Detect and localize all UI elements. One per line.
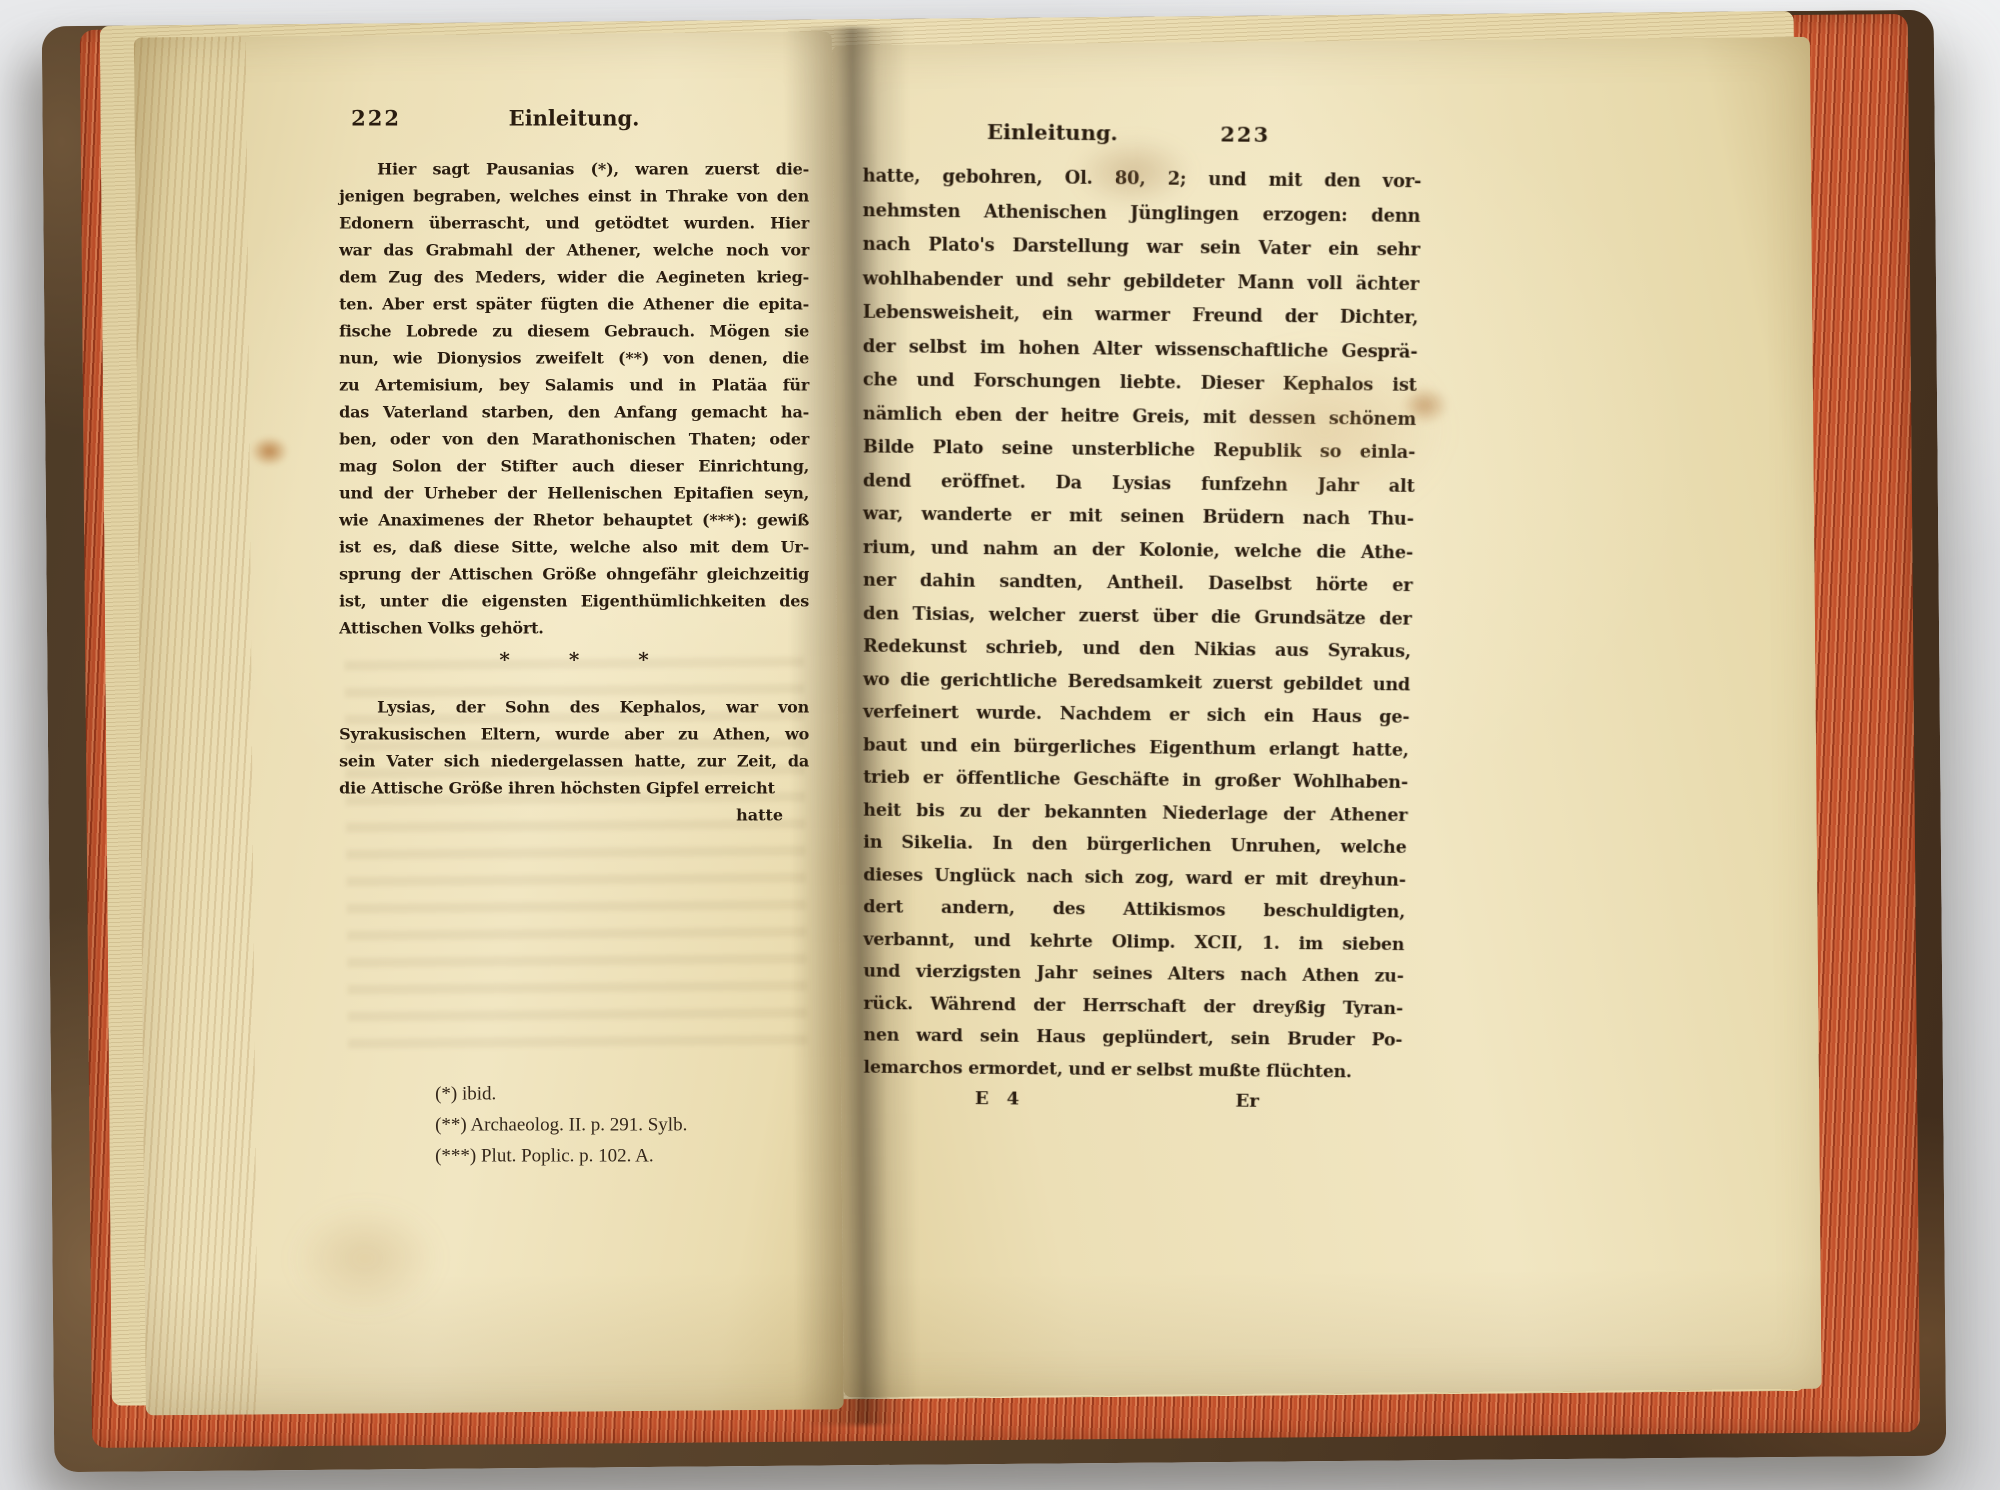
text-line: wo die gerichtliche Beredsamkeit zuerst … — [863, 664, 1410, 702]
text-line: sprung der Attischen Größe ohngefähr gle… — [339, 561, 809, 588]
text-line: baut und ein bürgerliches Eigenthum erla… — [863, 729, 1409, 767]
text-line: war das Grabmahl der Athener, welche noc… — [339, 237, 809, 264]
text-line: und vierzigsten Jahr seines Alters nach … — [863, 956, 1404, 993]
text-line: die Attische Größe ihren höchsten Gipfel… — [339, 775, 809, 802]
text-line: ben, oder von den Marathonischen Thaten;… — [339, 426, 809, 453]
footnotes: (*) ibid.(**) Archaeolog. II. p. 291. Sy… — [339, 1079, 809, 1172]
text-line: dert andern, des Attikismos beschuldigte… — [863, 892, 1405, 930]
text-line: dem Zug des Meders, wider die Aegineten … — [339, 264, 809, 291]
text-line: Hier sagt Pausanias (*), waren zuerst di… — [339, 156, 809, 183]
paragraph-pausanias: Hier sagt Pausanias (*), waren zuerst di… — [339, 156, 809, 642]
paragraph-lysias-continued: hatte, gebohren, Ol. 80, 2; und mit den … — [863, 160, 1422, 1089]
foxing-stain — [1401, 386, 1449, 424]
text-line: und der Urheber der Hellenischen Epitafi… — [339, 480, 809, 507]
text-line: jenigen begraben, welches einst in Thrak… — [339, 183, 809, 210]
text-line: wohlhabender und sehr gebildeter Mann vo… — [863, 262, 1420, 302]
text-line: Lysias, der Sohn des Kephalos, war von — [339, 694, 809, 721]
left-page-header: 222 Einleitung. — [339, 106, 809, 142]
right-page-text-block: Einleitung. 223 hatte, gebohren, Ol. 80,… — [863, 118, 1423, 1113]
text-line: nen ward sein Haus geplündert, sein Brud… — [863, 1020, 1402, 1057]
signature-mark: E 4 — [975, 1088, 1025, 1109]
text-line: (*) ibid. — [435, 1079, 809, 1110]
text-line: dieses Unglück nach sich zog, ward er mi… — [863, 859, 1406, 897]
text-line: das Vaterland starben, den Anfang gemach… — [339, 399, 809, 426]
text-line: ten. Aber erst später fügten die Athener… — [339, 291, 809, 318]
right-page-footline: E 4 Er — [864, 1087, 1277, 1111]
page-number-right: 223 — [1220, 121, 1270, 146]
text-line: zu Artemisium, bey Salamis und in Platäa… — [339, 372, 809, 399]
text-line: (***) Plut. Poplic. p. 102. A. — [435, 1141, 809, 1172]
text-line: verbannt, und kehrte Olimp. XCII, 1. im … — [863, 924, 1404, 961]
text-line: fische Lobrede zu diesem Gebrauch. Mögen… — [339, 318, 809, 345]
page-right: Einleitung. 223 hatte, gebohren, Ol. 80,… — [832, 37, 1822, 1397]
catchword-left: hatte — [339, 802, 809, 829]
text-line: in Sikelia. In den bürgerlichen Unruhen,… — [863, 827, 1407, 865]
text-line: rium, und nahm an der Kolonie, welche di… — [863, 531, 1413, 570]
text-line: mag Solon der Stifter auch dieser Einric… — [339, 453, 809, 480]
text-line: trieb er öffentliche Geschäfte in großer… — [863, 762, 1408, 800]
text-line: (**) Archaeolog. II. p. 291. Sylb. — [435, 1110, 809, 1141]
text-line: ner dahin sandten, Antheil. Daselbst hör… — [863, 564, 1413, 603]
text-line: rück. Während der Herrschaft der dreyßig… — [863, 988, 1403, 1025]
text-line: Lebensweisheit, ein warmer Freund der Di… — [863, 296, 1419, 336]
text-line: sein Vater sich niedergelassen hatte, zu… — [339, 748, 809, 775]
text-line: lemarchos ermordet, und er selbst mußte … — [863, 1052, 1401, 1089]
foxing-stain — [250, 436, 288, 466]
paragraph-lysias: Lysias, der Sohn des Kephalos, war vonSy… — [339, 694, 809, 802]
running-header-left: Einleitung. — [339, 106, 809, 131]
catchword-right: Er — [1235, 1091, 1259, 1111]
text-line: heit bis zu der bekannten Niederlage der… — [863, 794, 1407, 832]
left-page-text-block: 222 Einleitung. Hier sagt Pausanias (*),… — [339, 106, 809, 1172]
gutter-shadow — [784, 27, 920, 1426]
text-line: ist, unter die eigensten Eigenthümlichke… — [339, 588, 809, 615]
text-line: den Tisias, welcher zuerst über die Grun… — [863, 598, 1412, 637]
text-line: Attischen Volks gehört. — [339, 615, 809, 642]
section-separator-asterisks: * * * — [339, 648, 809, 682]
text-line: wie Anaximenes der Rhetor behauptet (***… — [339, 507, 809, 534]
text-line: Redekunst schrieb, und den Nikias aus Sy… — [863, 631, 1411, 669]
text-line: nun, wie Dionysios zweifelt (**) von den… — [339, 345, 809, 372]
text-line: ist es, daß diese Sitte, welche also mit… — [339, 534, 809, 561]
text-line: nach Plato's Darstellung war sein Vater … — [863, 228, 1420, 268]
text-line: verfeinert wurde. Nachdem er sich ein Ha… — [863, 696, 1410, 734]
book: 222 Einleitung. Hier sagt Pausanias (*),… — [42, 10, 1947, 1472]
text-line: Edonern überrascht, und getödtet wurden.… — [339, 210, 809, 237]
page-left: 222 Einleitung. Hier sagt Pausanias (*),… — [134, 31, 844, 1415]
text-line: Syrakusischen Eltern, wurde aber zu Athe… — [339, 721, 809, 748]
